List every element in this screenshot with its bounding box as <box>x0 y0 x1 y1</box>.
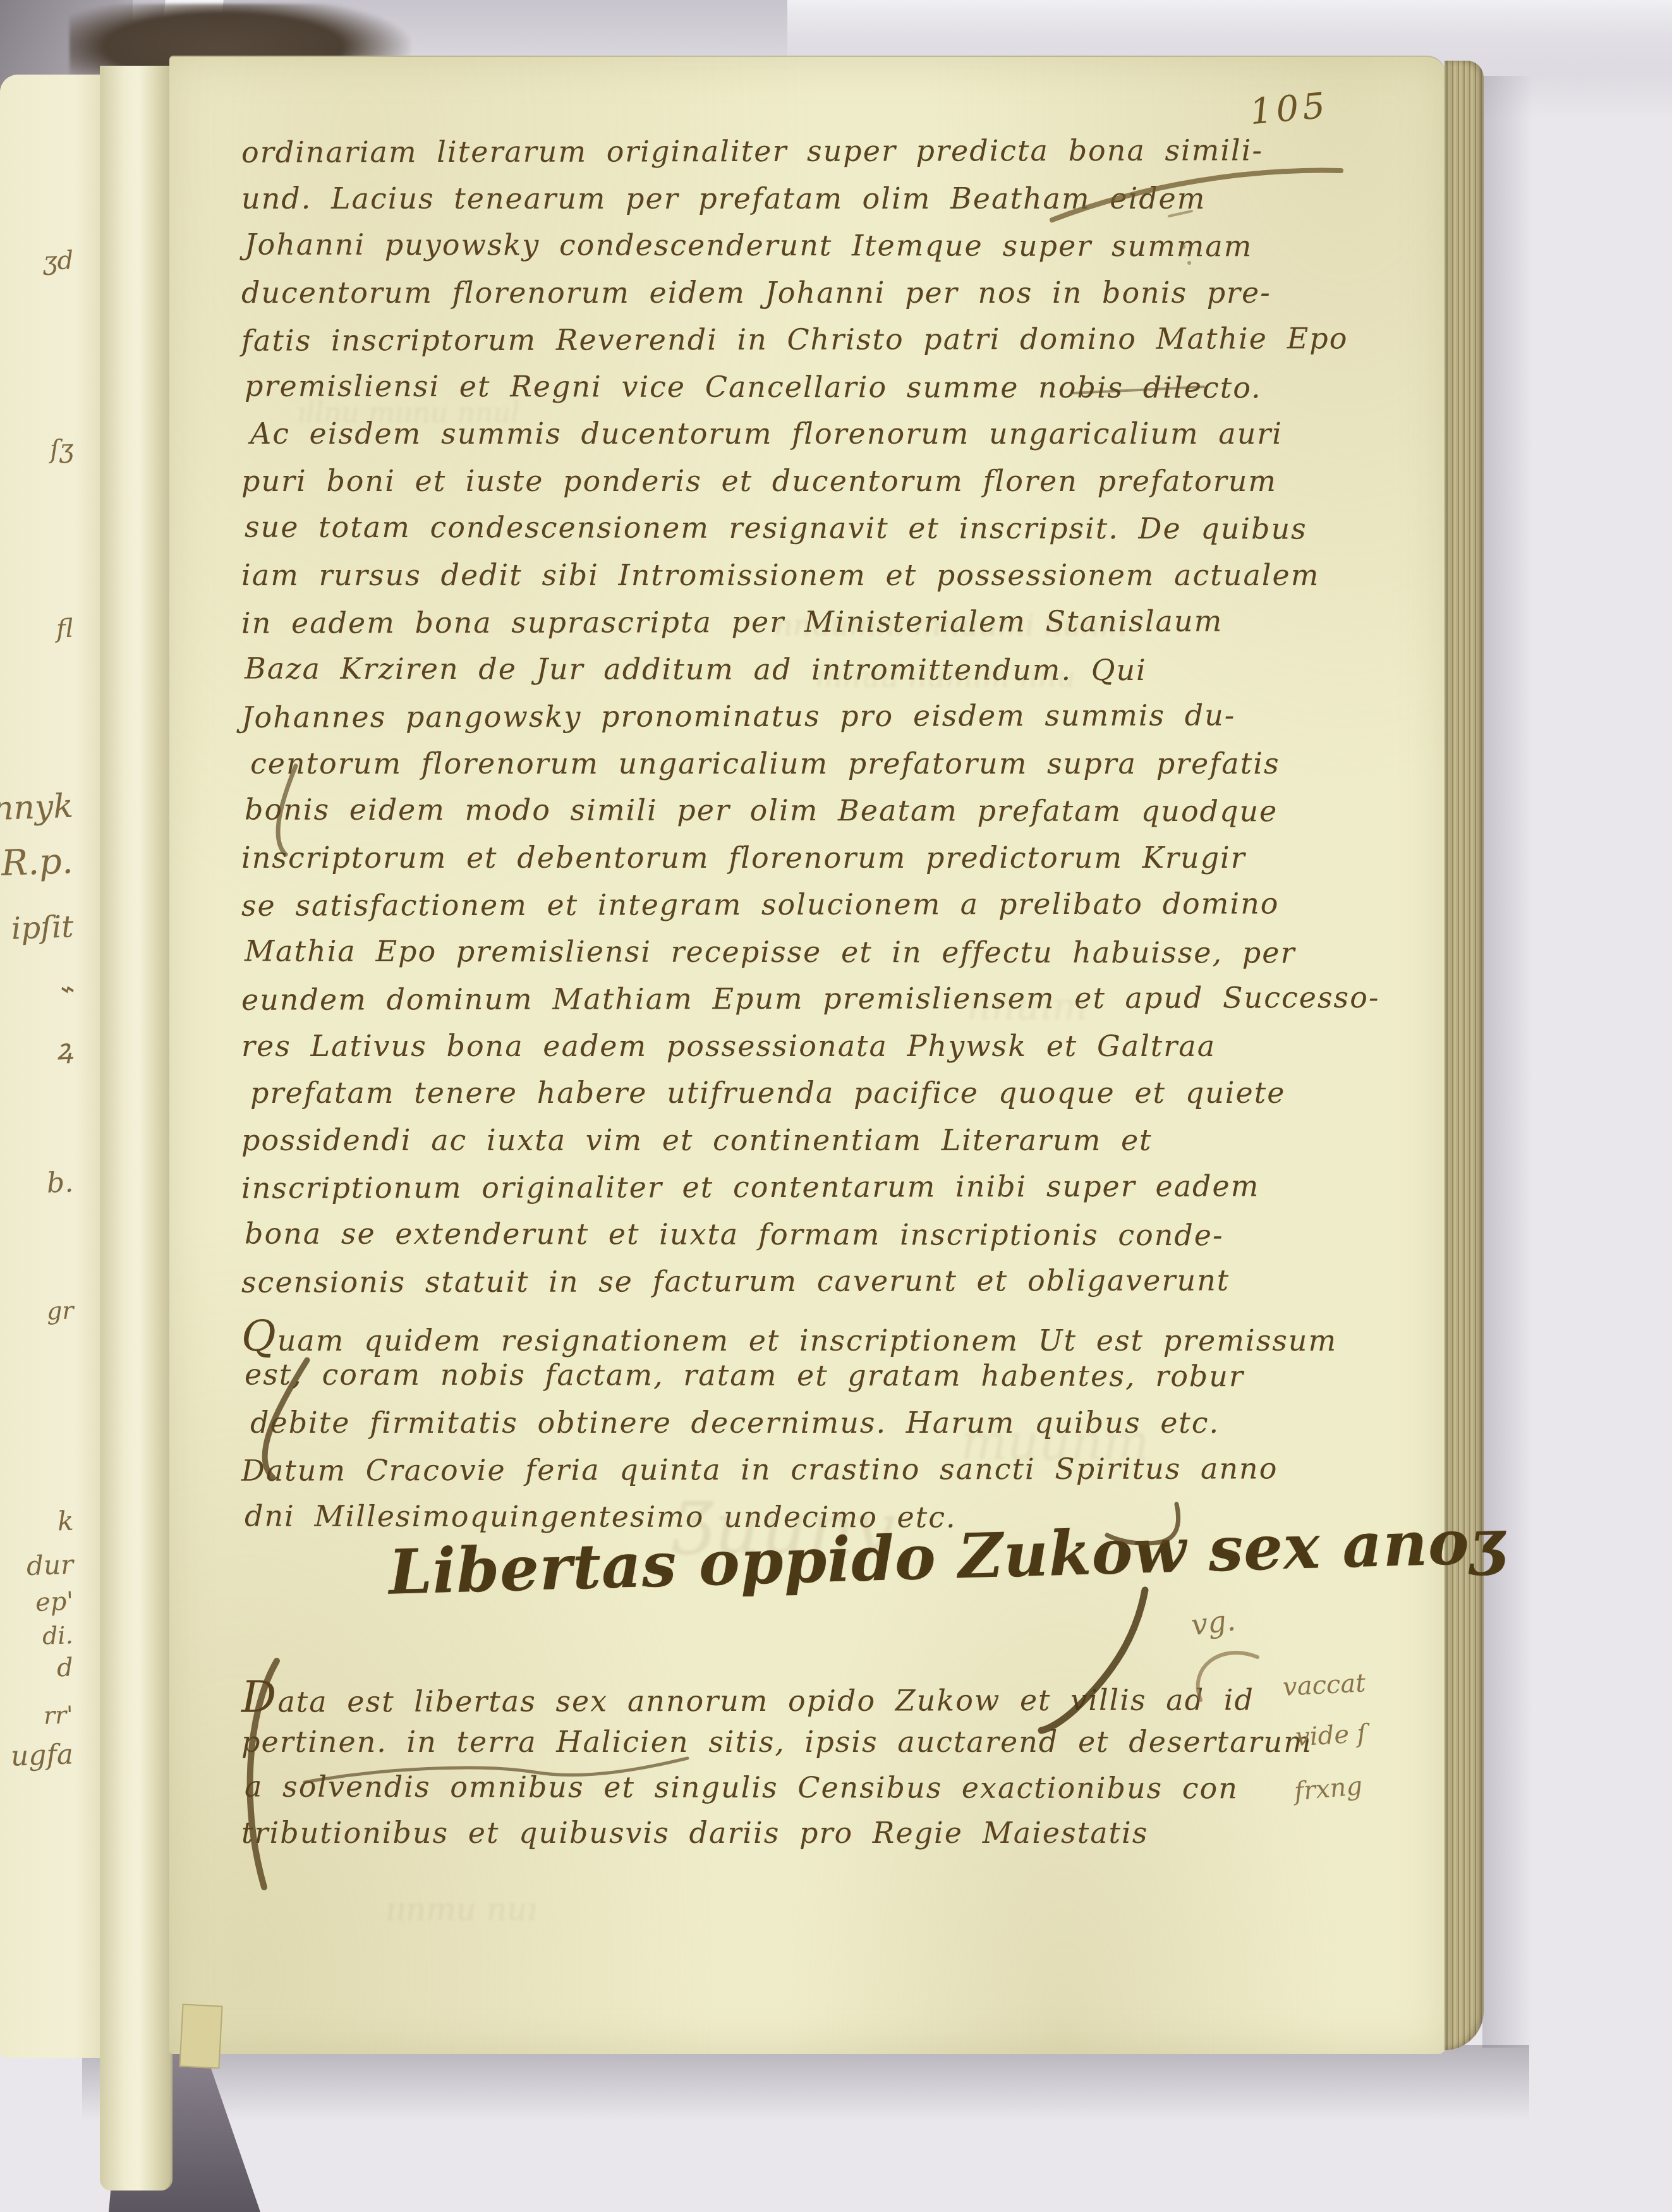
gutter-fold <box>100 66 173 2191</box>
margin-mark: vg. <box>1189 1603 1237 1642</box>
facing-page-fragment: nnyk <box>0 787 74 828</box>
manuscript-text-line: bonis eidem modo simili per olim Beatam … <box>245 793 1293 841</box>
manuscript-text-line: est, coram nobis factam, ratam et gratam… <box>245 1358 1293 1406</box>
manuscript-text-line: in eadem bona suprascripta per Ministeri… <box>241 604 1290 653</box>
manuscript-text-line: prefatam tenere habere utifruenda pacifi… <box>250 1076 1299 1123</box>
facing-page-fragment: ipſit <box>11 909 74 946</box>
facing-page-fragment: ugfa <box>10 1738 74 1772</box>
main-text-block: ordinariam literarum originaliter super … <box>241 134 1290 1547</box>
margin-note: vaccat vide ſ frxng <box>1282 1662 1505 1824</box>
facing-page-fragment: ﬂ <box>56 614 74 644</box>
manuscript-text-line: Data est libertas sex annorum opido Zuko… <box>241 1672 1265 1720</box>
manuscript-text-line: pertinen. in terra Halicien sitis, ipsis… <box>241 1719 1265 1765</box>
facing-page-fragment: gr <box>46 1296 74 1325</box>
manuscript-text-line: centorum florenorum ungaricalium prefato… <box>250 746 1299 794</box>
manuscript-text-line: iam rursus dedit sibi Intromissionem et … <box>241 558 1290 605</box>
facing-page-fragment: rr' <box>43 1701 73 1730</box>
facing-page-fragment: ep' <box>35 1587 74 1617</box>
facing-page-fragment: k <box>57 1505 74 1537</box>
manuscript-text-line: Johannes pangowsky pronominatus pro eisd… <box>241 698 1290 747</box>
facing-page-fragment: R.p. <box>1 841 74 884</box>
facing-page-fragment: d <box>57 1653 74 1683</box>
manuscript-text-line: ducentorum florenorum eidem Johanni per … <box>241 276 1290 323</box>
second-paragraph-block: Data est libertas sex annorum opido Zuko… <box>241 1674 1265 1856</box>
manuscript-text-line: res Lativus bona eadem possessionata Phy… <box>241 1029 1290 1076</box>
facing-page-fragment: ſʒ <box>49 434 74 464</box>
facing-page-fragment: b. <box>46 1166 74 1199</box>
facing-page-fragment: ⌁ <box>58 975 74 1004</box>
manuscript-text-line: bona se extenderunt et iuxta formam insc… <box>245 1216 1293 1265</box>
manuscript-text-line: und. Lacius tenearum per prefatam olim B… <box>241 181 1290 229</box>
facing-page-fragment: dur <box>26 1549 74 1582</box>
facing-page-text-fragments: ʒd ſʒ ﬂ nnyk R.p. ipſit ⌁ ꝝ b. gr k dur … <box>0 0 77 2212</box>
manuscript-photograph: ʒd ſʒ ﬂ nnyk R.p. ipſit ⌁ ꝝ b. gr k dur … <box>0 0 1672 2212</box>
folio-number: 105 <box>1248 85 1330 133</box>
manuscript-text-line: possidendi ac iuxta vim et continentiam … <box>241 1123 1290 1170</box>
manuscript-text-line: tributionibus et quibusvis dariis pro Re… <box>241 1810 1265 1856</box>
paper-repair-patch <box>179 2003 222 2069</box>
manuscript-text-line: inscriptorum et debentorum florenorum pr… <box>241 841 1290 888</box>
manuscript-text-line: eundem dominum Mathiam Epum premisliense… <box>241 980 1290 1030</box>
manuscript-text-line: Johanni puyowsky condescenderunt Itemque… <box>245 228 1293 276</box>
manuscript-text-line: se satisfactionem et integram solucionem… <box>241 886 1290 935</box>
facing-page-fragment: ꝝ <box>56 1029 74 1069</box>
manuscript-text-line: scensionis statuit in se facturum caveru… <box>241 1263 1290 1312</box>
manuscript-text-line: ordinariam literarum originaliter super … <box>241 133 1290 182</box>
book-bottom-drop-shadow <box>82 2045 1529 2121</box>
manuscript-text-line: sue totam condescensionem resignavit et … <box>245 510 1293 559</box>
manuscript-text-line: debite firmitatis obtinere decernimus. H… <box>250 1406 1299 1453</box>
manuscript-text-line: Quam quidem resignationem et inscription… <box>241 1311 1290 1359</box>
manuscript-text-line: Mathia Epo premisliensi recepisse et in … <box>245 933 1293 982</box>
manuscript-text-line: fatis inscriptorum Reverendi in Christo … <box>241 321 1290 370</box>
manuscript-text-line: puri boni et iuste ponderis et ducentoru… <box>241 464 1290 511</box>
manuscript-text-line: inscriptionum originaliter et contentaru… <box>241 1169 1290 1218</box>
facing-page-fragment: ʒd <box>42 246 74 276</box>
manuscript-text-line: Datum Cracovie feria quinta in crastino … <box>241 1451 1290 1500</box>
manuscript-text-line: premisliensi et Regni vice Cancellario s… <box>245 368 1293 417</box>
manuscript-text-line: Ac eisdem summis ducentorum florenorum u… <box>250 416 1299 464</box>
manuscript-text-line: Baza Krziren de Jur additum ad intromitt… <box>245 651 1293 700</box>
facing-page-fragment: di. <box>42 1621 74 1650</box>
manuscript-text-line: a solvendis omnibus et singulis Censibus… <box>245 1764 1268 1811</box>
